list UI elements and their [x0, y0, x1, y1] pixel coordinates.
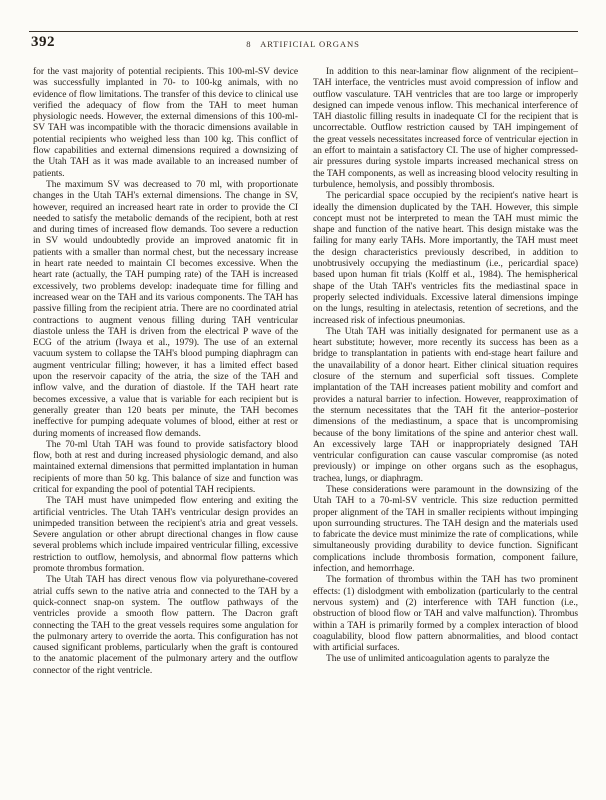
paragraph: The Utah TAH was initially designated fo… [313, 327, 578, 485]
paragraph: The TAH must have unimpeded flow enterin… [33, 496, 298, 575]
paragraph: for the vast majority of potential recip… [33, 67, 298, 180]
paragraph: The 70-ml Utah TAH was found to provide … [33, 440, 298, 496]
header-rule [29, 31, 578, 32]
paragraph: The pericardial space occupied by the re… [313, 191, 578, 327]
paragraph: These considerations were paramount in t… [313, 485, 578, 575]
left-column: for the vast majority of potential recip… [33, 67, 298, 677]
text-columns: for the vast majority of potential recip… [33, 67, 578, 677]
paragraph: In addition to this near-laminar flow al… [313, 67, 578, 191]
running-head: 8 ARTIFICIAL ORGANS [0, 39, 606, 49]
paragraph: The maximum SV was decreased to 70 ml, w… [33, 180, 298, 440]
right-column: In addition to this near-laminar flow al… [313, 67, 578, 677]
paragraph: The Utah TAH has direct venous flow via … [33, 575, 298, 677]
book-page: 392 8 ARTIFICIAL ORGANS for the vast maj… [0, 0, 606, 800]
paragraph: The formation of thrombus within the TAH… [313, 575, 578, 654]
paragraph: The use of unlimited anticoagulation age… [313, 654, 578, 665]
